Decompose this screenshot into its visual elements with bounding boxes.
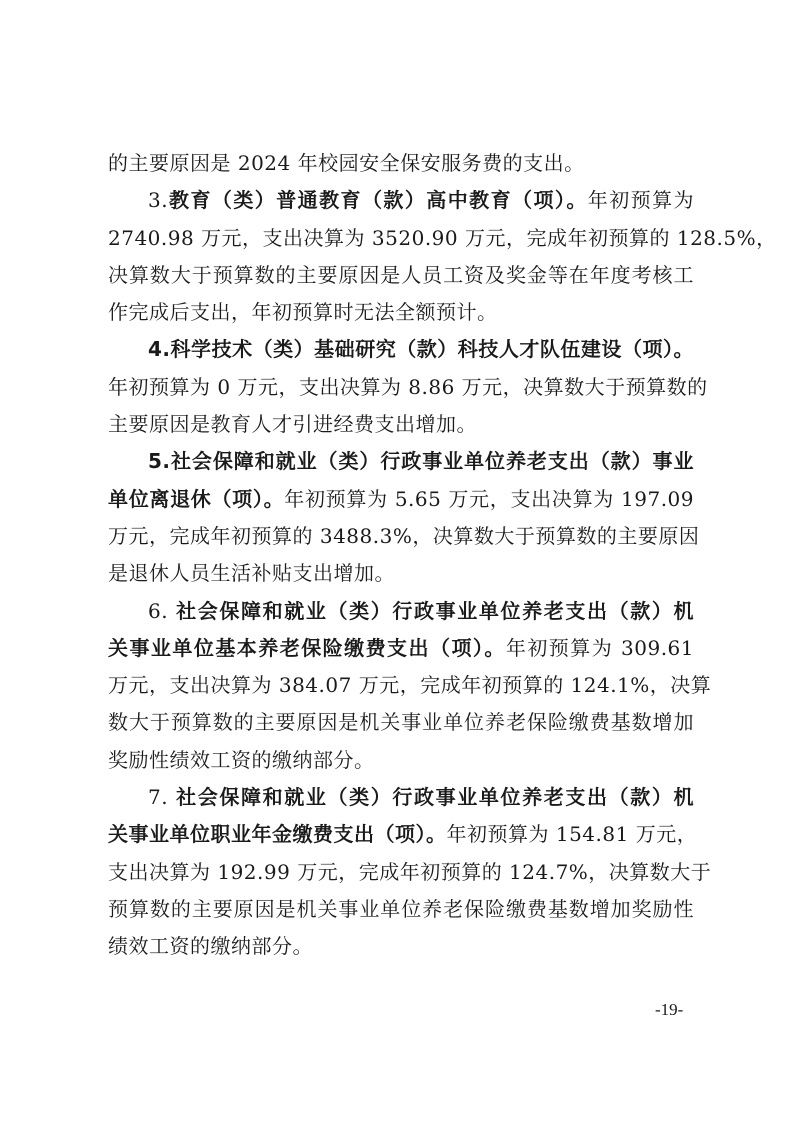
section-item-3: 3.教育（类）普通教育（款）高中教育（项）。年初预算为 2740.98 万元，支…	[108, 182, 694, 331]
paragraph-line: 支出决算为 192.99 万元，完成年初预算的 124.7%，决算数大于	[108, 854, 694, 891]
item-heading: 社会保障和就业（类）行政事业单位养老支出（款）事业	[171, 449, 694, 473]
paragraph-line: 年初预算为 0 万元，支出决算为 8.86 万元，决算数大于预算数的	[108, 369, 694, 406]
paragraph-line: 决算数大于预算数的主要原因是人员工资及奖金等在年度考核工	[108, 257, 694, 294]
paragraph-line: 6. 社会保障和就业（类）行政事业单位养老支出（款）机	[108, 593, 694, 630]
paragraph-line: 预算数的主要原因是机关事业单位养老保险缴费基数增加奖励性	[108, 891, 694, 928]
paragraph-line: 绩效工资的缴纳部分。	[108, 928, 694, 965]
page-number: -19-	[655, 1000, 683, 1020]
section-item-5: 5.社会保障和就业（类）行政事业单位养老支出（款）事业 单位离退休（项）。年初预…	[108, 443, 694, 592]
paragraph-line: 单位离退休（项）。年初预算为 5.65 万元，支出决算为 197.09	[108, 481, 694, 518]
paragraph-line: 2740.98 万元，支出决算为 3520.90 万元，完成年初预算的 128.…	[108, 220, 694, 257]
section-item-6: 6. 社会保障和就业（类）行政事业单位养老支出（款）机 关事业单位基本养老保险缴…	[108, 593, 694, 779]
item-heading: 单位离退休（项）。	[108, 487, 284, 511]
paragraph-line: 主要原因是教育人才引进经费支出增加。	[108, 406, 694, 443]
paragraph-line: 关事业单位基本养老保险缴费支出（项）。年初预算为 309.61	[108, 630, 694, 667]
item-text: 年初预算为	[588, 188, 694, 212]
paragraph-line: 作完成后支出，年初预算时无法全额预计。	[108, 294, 694, 331]
item-heading: 关事业单位基本养老保险缴费支出（项）。	[108, 636, 506, 660]
document-page: 的主要原因是 2024 年校园安全保安服务费的支出。 3.教育（类）普通教育（款…	[108, 145, 694, 966]
paragraph-line: 3.教育（类）普通教育（款）高中教育（项）。年初预算为	[108, 182, 694, 219]
section-item-7: 7. 社会保障和就业（类）行政事业单位养老支出（款）机 关事业单位职业年金缴费支…	[108, 779, 694, 965]
item-text: 年初预算为 309.61	[506, 636, 694, 660]
paragraph-line: 是退休人员生活补贴支出增加。	[108, 555, 694, 592]
item-number: 5.	[148, 449, 171, 473]
paragraph-line: 4.科学技术（类）基础研究（款）科技人才队伍建设（项）。	[108, 331, 694, 368]
paragraph-line: 万元，支出决算为 384.07 万元，完成年初预算的 124.1%，决算	[108, 667, 694, 704]
paragraph-line: 的主要原因是 2024 年校园安全保安服务费的支出。	[108, 145, 694, 182]
item-text: 年初预算为 5.65 万元，支出决算为 197.09	[284, 487, 694, 511]
item-text: 年初预算为 154.81 万元，	[447, 822, 698, 846]
item-number: 3.	[148, 188, 168, 212]
item-heading: 社会保障和就业（类）行政事业单位养老支出（款）机	[176, 785, 694, 809]
item-heading: 社会保障和就业（类）行政事业单位养老支出（款）机	[176, 599, 694, 623]
paragraph-line: 5.社会保障和就业（类）行政事业单位养老支出（款）事业	[108, 443, 694, 480]
paragraph-line: 关事业单位职业年金缴费支出（项）。年初预算为 154.81 万元，	[108, 816, 694, 853]
paragraph-line: 数大于预算数的主要原因是机关事业单位养老保险缴费基数增加	[108, 704, 694, 741]
item-heading: 关事业单位职业年金缴费支出（项）。	[108, 822, 447, 846]
paragraph-line: 万元，完成年初预算的 3488.3%，决算数大于预算数的主要原因	[108, 518, 694, 555]
paragraph-line: 奖励性绩效工资的缴纳部分。	[108, 742, 694, 779]
item-number: 7.	[148, 785, 168, 809]
item-number: 4.	[148, 337, 171, 361]
item-heading: 科学技术（类）基础研究（款）科技人才队伍建设（项）。	[171, 337, 694, 361]
item-number: 6.	[148, 599, 168, 623]
item-heading: 教育（类）普通教育（款）高中教育（项）。	[168, 188, 588, 212]
paragraph-line: 7. 社会保障和就业（类）行政事业单位养老支出（款）机	[108, 779, 694, 816]
section-item-4: 4.科学技术（类）基础研究（款）科技人才队伍建设（项）。 年初预算为 0 万元，…	[108, 331, 694, 443]
